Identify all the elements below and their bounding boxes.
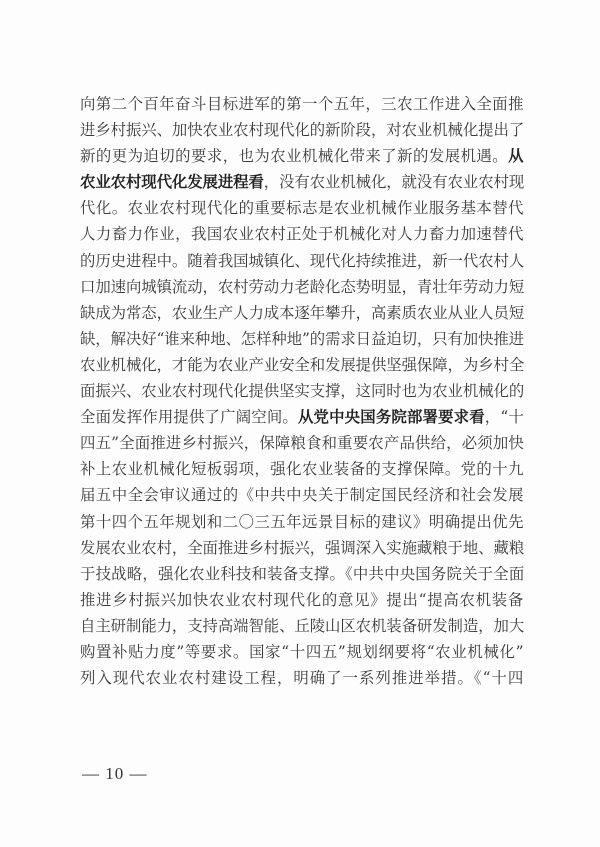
text-line: 推进乡村振兴加快农业农村现代化的意见》提出“提高农机装备 [80,587,524,613]
body-text: 向第二个百年奋斗目标进军的第一个五年，三农工作进入全面推进乡村振兴、加快农业农村… [80,91,524,691]
paragraph-text: ，没有农业机械化，就没有农业农村现 [264,173,524,191]
paragraph-text: 届五中全会审议通过的《中共中央关于制定国民经济和社会发展 [80,486,524,504]
text-line: 农业农村现代化发展进程看，没有农业机械化，就没有农业农村现 [80,169,524,195]
document-page: 向第二个百年奋斗目标进军的第一个五年，三农工作进入全面推进乡村振兴、加快农业农村… [0,0,600,847]
paragraph-text: 发展农业农村，全面推进乡村振兴，强调深入实施藏粮于地、藏粮 [80,539,524,557]
paragraph-text: 自主研制能力，支持高端智能、丘陵山区农机装备研发制造，加大 [80,617,524,635]
text-line: 补上农业机械化短板弱项，强化农业装备的支撑保障。党的十九 [80,456,524,482]
text-line: 人力畜力作业，我国农业农村正处于机械化对人力畜力加速替代 [80,221,524,247]
paragraph-text: 第十四个五年规划和二〇三五年远景目标的建议》明确提出优先 [80,513,524,531]
text-line: 进乡村振兴、加快农业农村现代化的新阶段，对农业机械化提出了 [80,117,524,143]
paragraph-text: 于技战略，强化农业科技和装备支撑。《中共中央国务院关于全面 [80,565,524,583]
paragraph-text: 缺，解决好“谁来种地、怎样种地”的需求日益迫切，只有加快推进 [80,330,524,348]
paragraph-text: 列入现代农业农村建设工程，明确了一系列推进举措。《“十四 [80,669,524,687]
paragraph-text: 的历史进程中。随着我国城镇化、现代化持续推进，新一代农村人 [80,252,524,270]
paragraph-text: 四五”全面推进乡村振兴，保障粮食和重要农产品供给，必须加快 [80,434,524,452]
paragraph-text: 农业机械化，才能为农业产业安全和发展提供坚强保障，为乡村全 [80,356,524,374]
paragraph-text: 人力畜力作业，我国农业农村正处于机械化对人力畜力加速替代 [80,225,524,243]
paragraph-text: ，“十 [485,408,524,426]
paragraph-text: 口加速向城镇流动，农村劳动力老龄化态势明显，青壮年劳动力短 [80,278,524,296]
text-line: 自主研制能力，支持高端智能、丘陵山区农机装备研发制造，加大 [80,613,524,639]
text-line: 于技战略，强化农业科技和装备支撑。《中共中央国务院关于全面 [80,561,524,587]
text-line: 缺成为常态，农业生产人力成本逐年攀升，高素质农业从业人员短 [80,300,524,326]
text-line: 购置补贴力度”等要求。国家“十四五”规划纲要将“农业机械化” [80,639,524,665]
paragraph-text: 面振兴、农业农村现代化提供坚实支撑，这同时也为农业机械化的 [80,382,524,400]
text-line: 的历史进程中。随着我国城镇化、现代化持续推进，新一代农村人 [80,248,524,274]
paragraph-text: 全面发挥作用提供了广阔空间。 [80,408,298,426]
paragraph-text: 缺成为常态，农业生产人力成本逐年攀升，高素质农业从业人员短 [80,304,524,322]
bold-heading-text: 农业农村现代化发展进程看 [80,173,264,191]
paragraph-text: 进乡村振兴、加快农业农村现代化的新阶段，对农业机械化提出了 [80,121,524,139]
text-line: 口加速向城镇流动，农村劳动力老龄化态势明显，青壮年劳动力短 [80,274,524,300]
text-line: 届五中全会审议通过的《中共中央关于制定国民经济和社会发展 [80,482,524,508]
bold-heading-text: 从党中央国务院部署要求看 [298,408,485,426]
text-line: 四五”全面推进乡村振兴，保障粮食和重要农产品供给，必须加快 [80,430,524,456]
paragraph-text: 购置补贴力度”等要求。国家“十四五”规划纲要将“农业机械化” [80,643,524,661]
text-line: 新的更为迫切的要求，也为农业机械化带来了新的发展机遇。从 [80,143,524,169]
text-line: 农业机械化，才能为农业产业安全和发展提供坚强保障，为乡村全 [80,352,524,378]
text-line: 列入现代农业农村建设工程，明确了一系列推进举措。《“十四 [80,665,524,691]
text-line: 缺，解决好“谁来种地、怎样种地”的需求日益迫切，只有加快推进 [80,326,524,352]
bold-heading-text: 从 [508,147,524,165]
paragraph-text: 新的更为迫切的要求，也为农业机械化带来了新的发展机遇。 [80,147,508,165]
page-number: — 10 — [82,764,148,784]
paragraph-text: 推进乡村振兴加快农业农村现代化的意见》提出“提高农机装备 [80,591,524,609]
text-line: 代化。农业农村现代化的重要标志是农业机械作业服务基本替代 [80,195,524,221]
text-line: 发展农业农村，全面推进乡村振兴，强调深入实施藏粮于地、藏粮 [80,535,524,561]
text-line: 第十四个五年规划和二〇三五年远景目标的建议》明确提出优先 [80,509,524,535]
paragraph-text: 向第二个百年奋斗目标进军的第一个五年，三农工作进入全面推 [80,95,524,113]
paragraph-text: 补上农业机械化短板弱项，强化农业装备的支撑保障。党的十九 [80,460,524,478]
text-line: 面振兴、农业农村现代化提供坚实支撑，这同时也为农业机械化的 [80,378,524,404]
text-line: 向第二个百年奋斗目标进军的第一个五年，三农工作进入全面推 [80,91,524,117]
paragraph-text: 代化。农业农村现代化的重要标志是农业机械作业服务基本替代 [80,199,524,217]
text-line: 全面发挥作用提供了广阔空间。从党中央国务院部署要求看，“十 [80,404,524,430]
